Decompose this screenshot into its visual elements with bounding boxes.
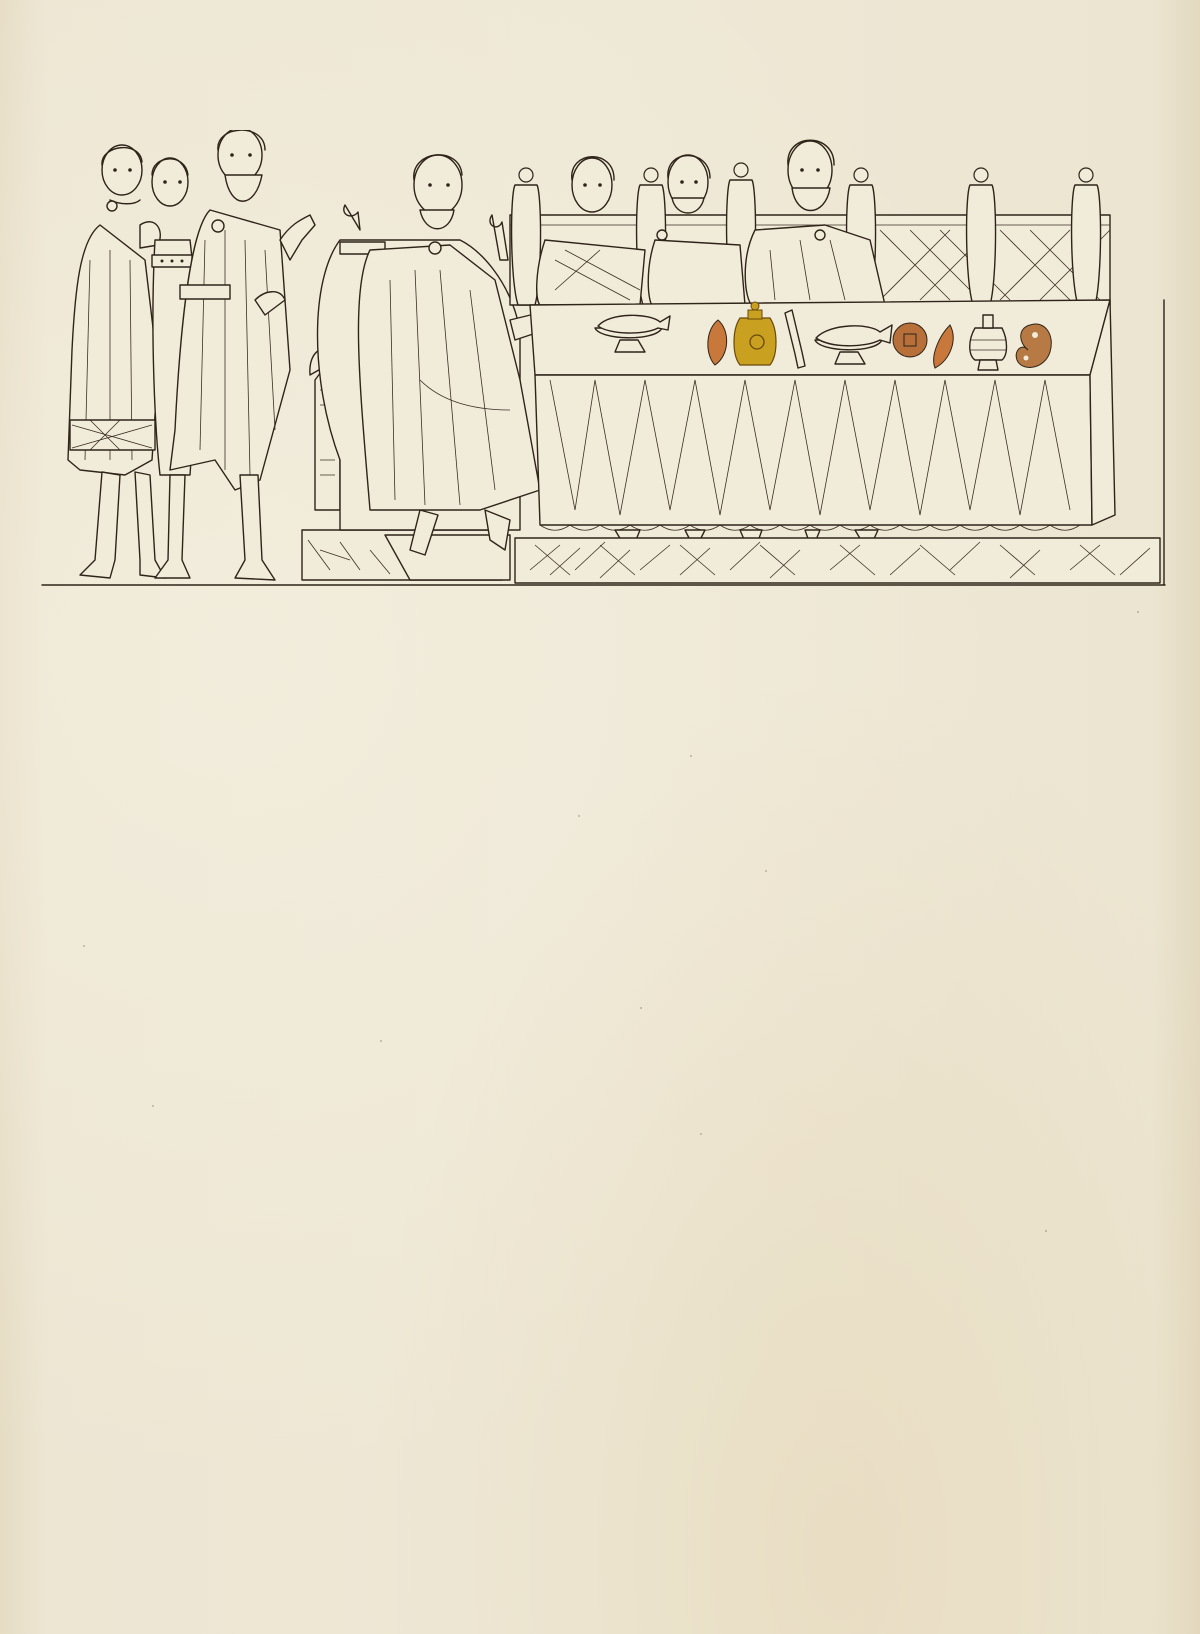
standing-bearded-man [170,130,315,580]
standing-youth-1 [68,145,165,578]
round-bread [893,323,927,357]
banquet-engraving [40,130,1170,620]
scanned-page [0,0,1200,1634]
